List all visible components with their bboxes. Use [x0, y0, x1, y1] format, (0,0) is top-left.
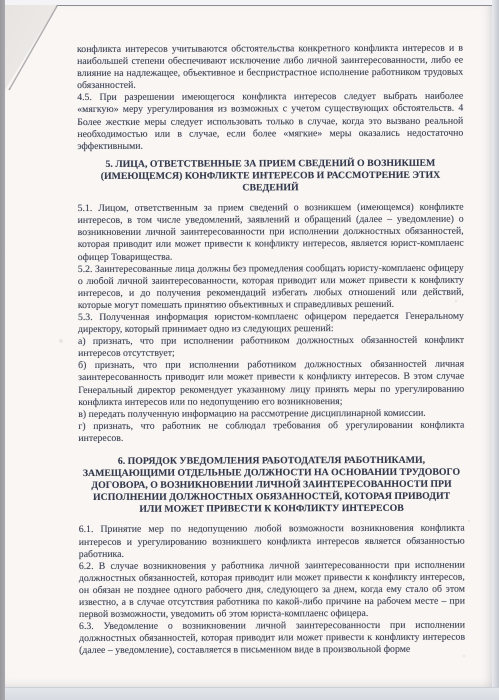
paragraph-6-3: 6.3. Уведомление о возникновении личной … — [79, 620, 465, 658]
list-item-a: а) признать, что при исполнении работник… — [78, 335, 464, 361]
paragraph-5-3: 5.3. Полученная информация юристом-компл… — [78, 311, 464, 337]
scan-noise-specks — [430, 95, 432, 97]
paragraph-5-1: 5.1. Лицом, ответственным за прием сведе… — [78, 202, 464, 264]
scan-edge-right — [492, 0, 499, 700]
list-item-b: б) признать, что при исполнении работник… — [78, 359, 464, 409]
paragraph-5-2: 5.2. Заинтересованные лица должны без пр… — [78, 262, 464, 312]
paragraph-4-4-continuation: конфликта интересов учитываются обстояте… — [77, 43, 463, 93]
paragraph-6-1: 6.1. Принятие мер по недопущению любой в… — [79, 523, 465, 561]
paper-sheet: конфликта интересов учитываются обстояте… — [5, 5, 492, 688]
scanned-document-page: конфликта интересов учитываются обстояте… — [0, 0, 499, 700]
section-6-heading: 6. ПОРЯДОК УВЕДОМЛЕНИЯ РАБОТОДАТЕЛЯ РАБО… — [82, 455, 460, 517]
scan-edge-bottom — [0, 687, 499, 700]
paragraph-4-5: 4.5. При разрешении имеющегося конфликта… — [77, 91, 463, 153]
list-item-v: в) передать полученную информацию на рас… — [78, 407, 464, 420]
document-text: конфликта интересов учитываются обстояте… — [77, 43, 465, 658]
scan-edge-top — [0, 0, 499, 5]
scan-edge-left — [0, 0, 5, 700]
section-5-heading: 5. ЛИЦА, ОТВЕТСТВЕННЫЕ ЗА ПРИЕМ СВЕДЕНИЙ… — [81, 158, 459, 196]
paragraph-6-2: 6.2. В случае возникновения у работника … — [79, 559, 465, 621]
list-item-g: г) признать, что работник не соблюдал тр… — [78, 419, 464, 445]
